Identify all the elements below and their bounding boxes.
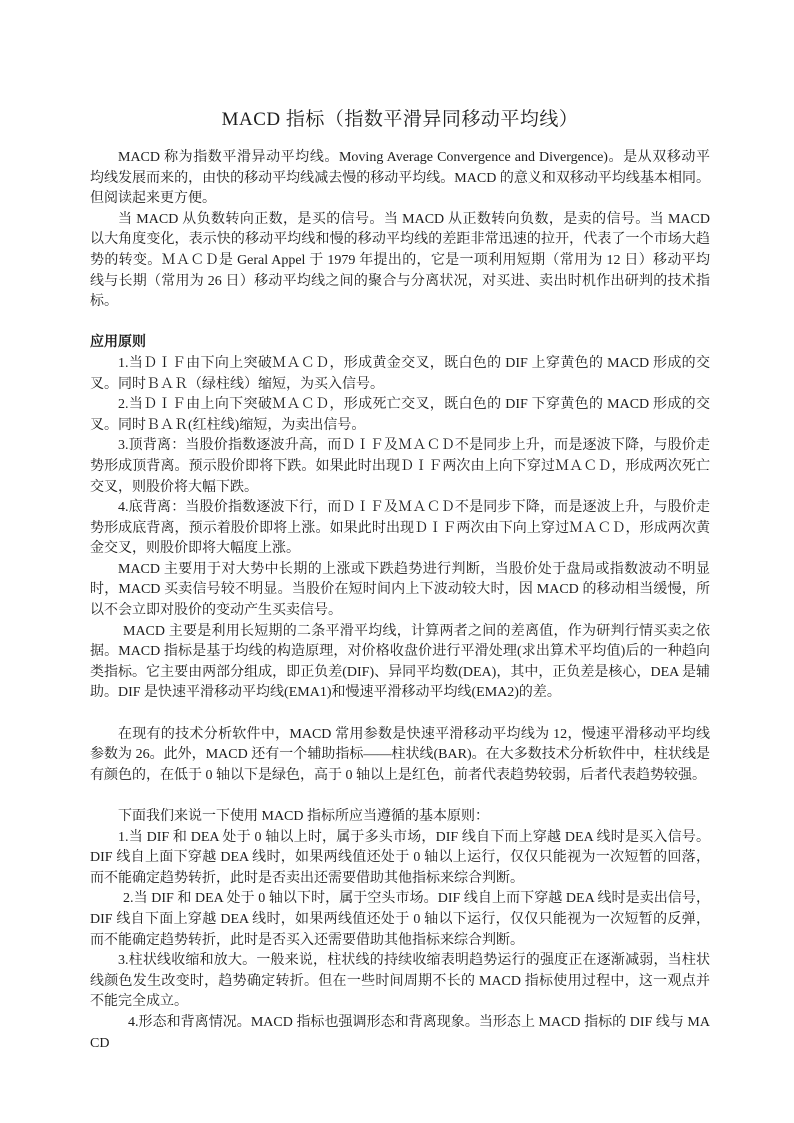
paragraph: MACD 主要是利用长短期的二条平滑平均线，计算两者之间的差离值，作为研判行情买…: [90, 622, 710, 704]
document-page: MACD 指标（指数平滑异同移动平均线） MACD 称为指数平滑异动平均线。Mo…: [0, 0, 794, 1123]
blank-line: [90, 786, 710, 807]
paragraph: MACD 称为指数平滑异动平均线。Moving Average Converge…: [90, 148, 710, 210]
paragraph: 4.形态和背离情况。MACD 指标也强调形态和背离现象。当形态上 MACD 指标…: [90, 1013, 710, 1054]
paragraph: 2.当ＤＩＦ由上向下突破ＭＡＣＤ，形成死亡交叉，既白色的 DIF 下穿黄色的 M…: [90, 395, 710, 436]
document-content: MACD 指标（指数平滑异同移动平均线） MACD 称为指数平滑异动平均线。Mo…: [90, 106, 710, 1054]
paragraph: 当 MACD 从负数转向正数，是买的信号。当 MACD 从正数转向负数，是卖的信…: [90, 210, 710, 313]
paragraph: MACD 主要用于对大势中长期的上涨或下跌趋势进行判断，当股价处于盘局或指数波动…: [90, 560, 710, 622]
blank-line: [90, 313, 710, 334]
paragraph: 3.顶背离：当股价指数逐波升高，而ＤＩＦ及ＭＡＣＤ不是同步上升，而是逐波下降，与…: [90, 436, 710, 498]
paragraph: 3.柱状线收缩和放大。一般来说，柱状线的持续收缩表明趋势运行的强度正在逐渐减弱，…: [90, 951, 710, 1013]
document-body: MACD 称为指数平滑异动平均线。Moving Average Converge…: [90, 148, 710, 1054]
paragraph: 下面我们来说一下使用 MACD 指标所应当遵循的基本原则：: [90, 807, 710, 828]
section-heading: 应用原则: [90, 333, 710, 354]
document-title: MACD 指标（指数平滑异同移动平均线）: [90, 106, 710, 133]
paragraph: 1.当ＤＩＦ由下向上突破ＭＡＣＤ，形成黄金交叉，既白色的 DIF 上穿黄色的 M…: [90, 354, 710, 395]
paragraph: 在现有的技术分析软件中，MACD 常用参数是快速平滑移动平均线为 12，慢速平滑…: [90, 725, 710, 787]
paragraph: 4.底背离：当股价指数逐波下行，而ＤＩＦ及ＭＡＣＤ不是同步下降，而是逐波上升，与…: [90, 498, 710, 560]
paragraph: 2.当 DIF 和 DEA 处于 0 轴以下时，属于空头市场。DIF 线自上而下…: [90, 889, 710, 951]
blank-line: [90, 704, 710, 725]
paragraph: 1.当 DIF 和 DEA 处于 0 轴以上时，属于多头市场，DIF 线自下而上…: [90, 828, 710, 890]
